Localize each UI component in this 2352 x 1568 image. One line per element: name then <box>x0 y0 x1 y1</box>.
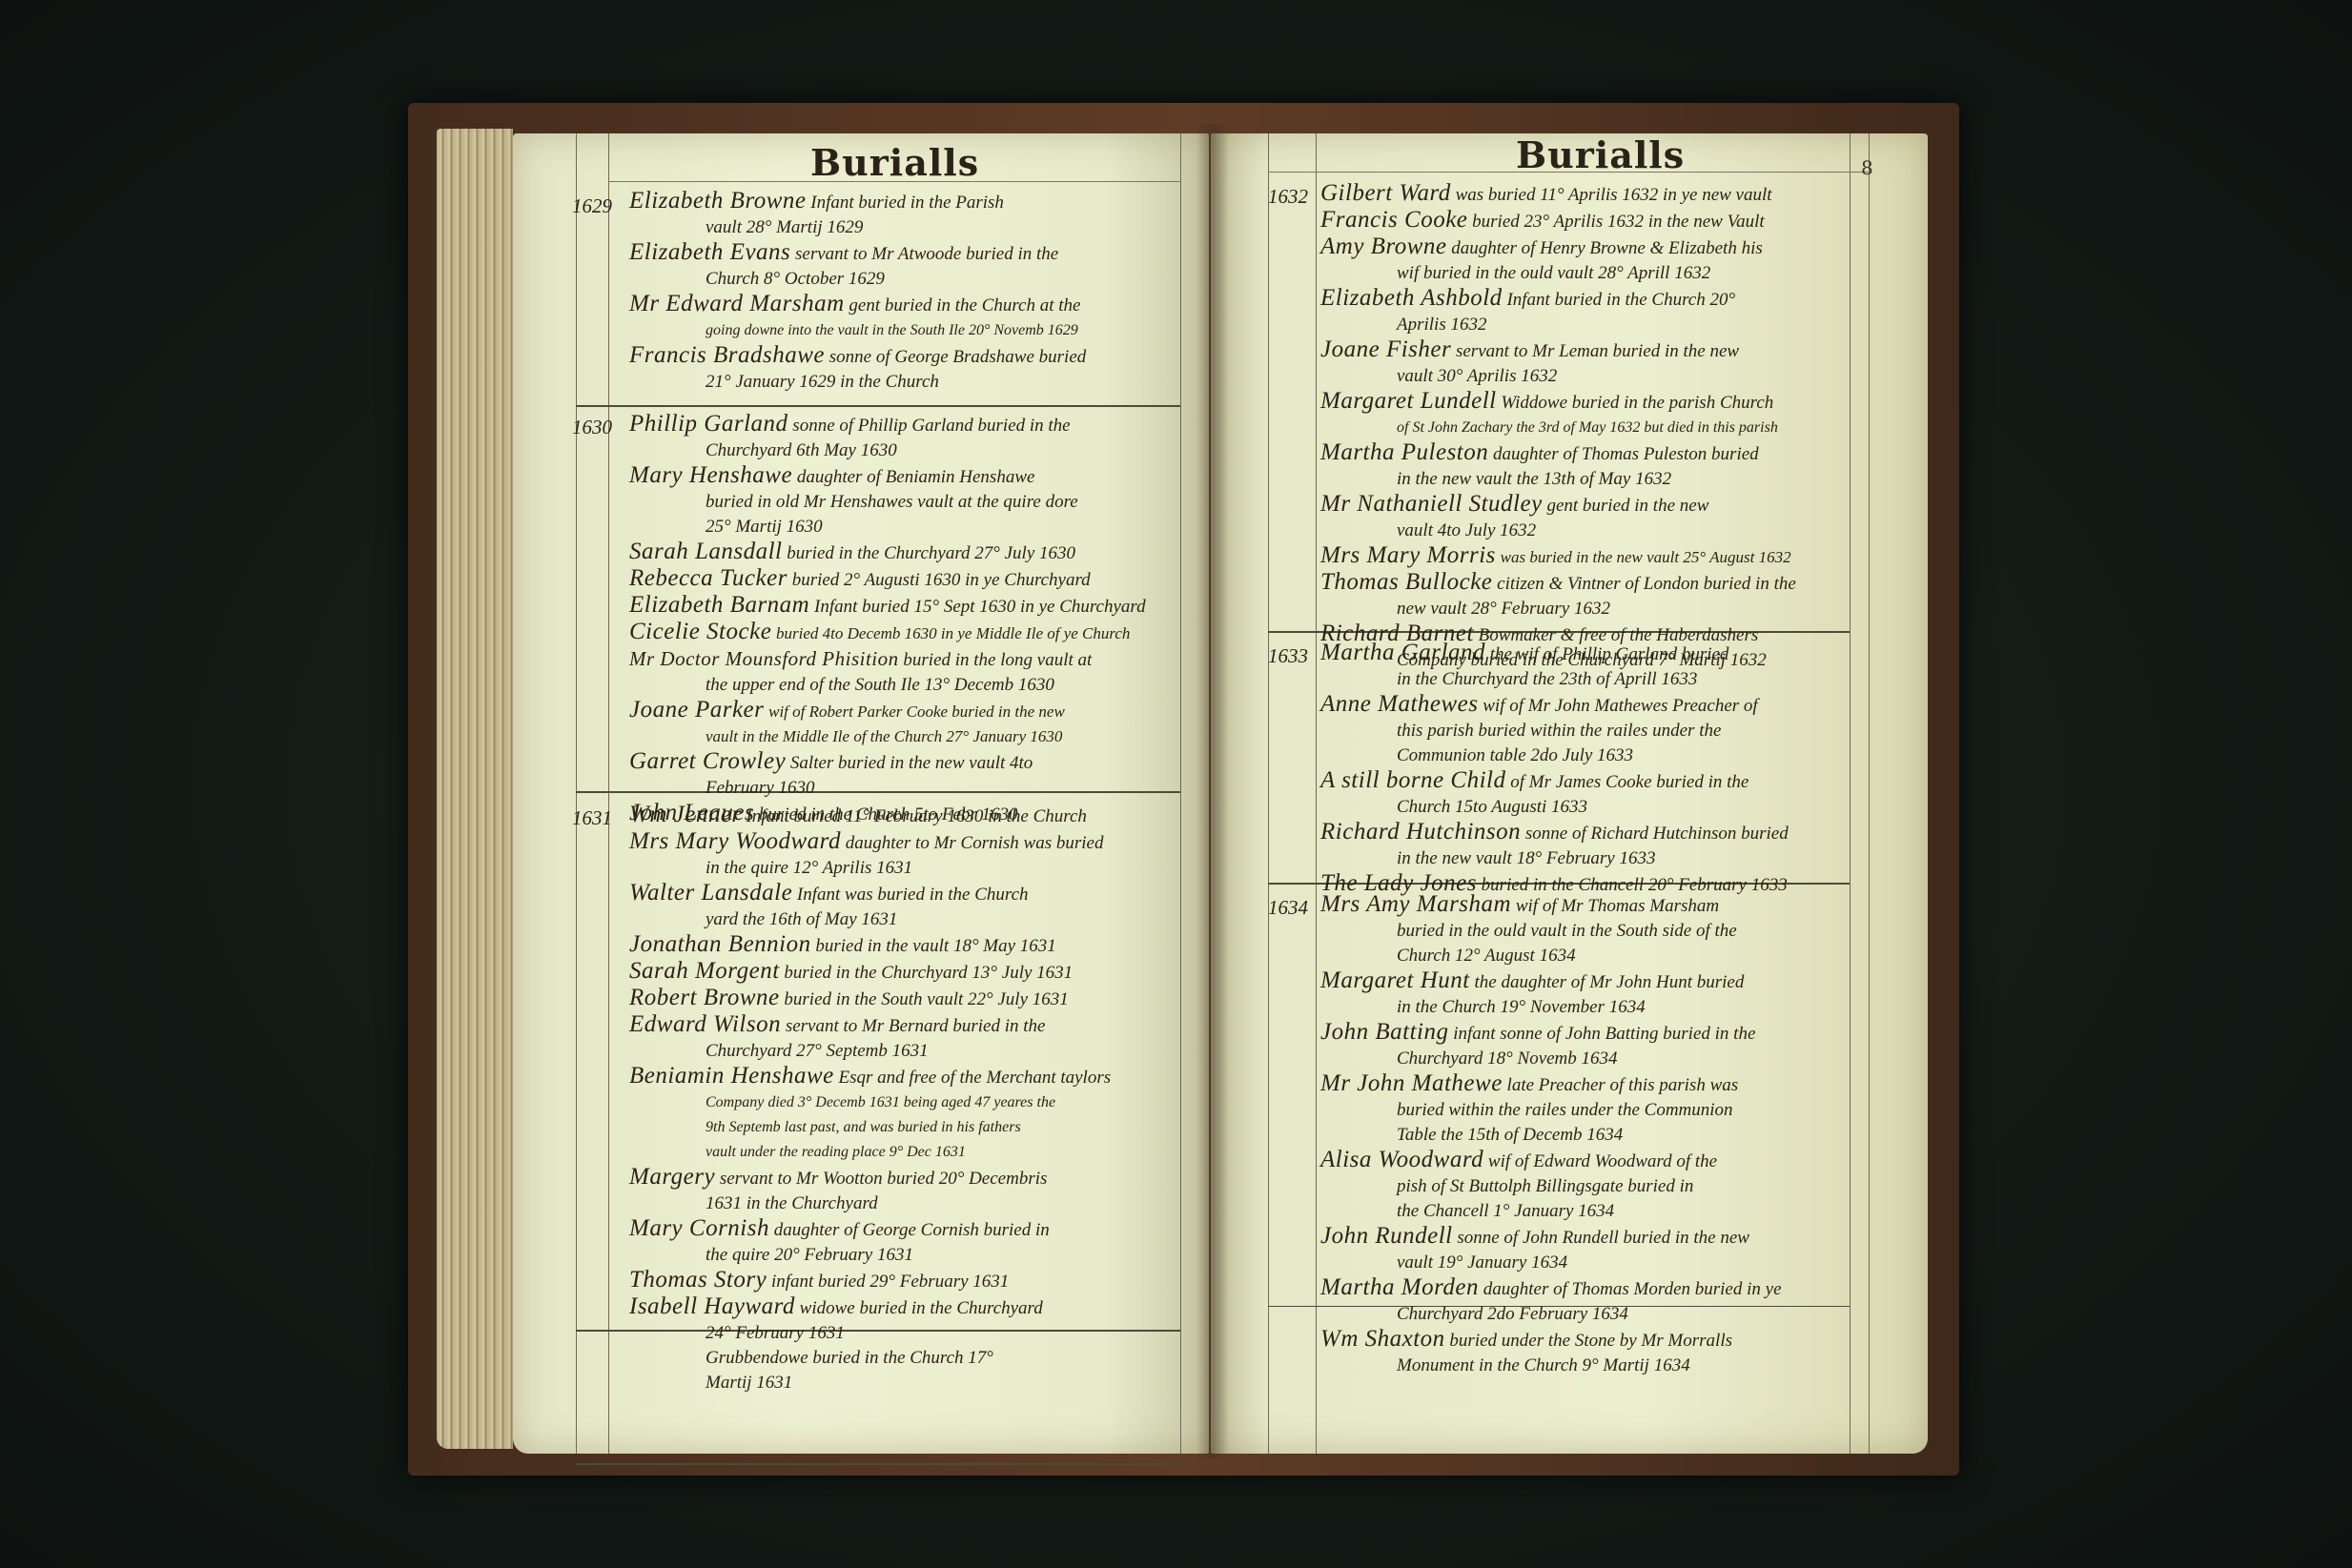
burial-entry: Jonathan Bennion buried in the vault 18°… <box>629 932 1220 959</box>
burial-entry: Elizabeth Ashbold Infant buried in the C… <box>1320 286 1892 337</box>
burial-entry: Mr John Mathewe late Preacher of this pa… <box>1320 1071 1892 1148</box>
burial-entry: Margaret Lundell Widdowe buried in the p… <box>1320 389 1892 440</box>
burial-entry: Elizabeth Evans servant to Mr Atwoode bu… <box>629 240 1220 292</box>
burial-entry: Isabell Hayward widowe buried in the Chu… <box>629 1294 1220 1346</box>
burial-entry: Elizabeth Browne Infant buried in the Pa… <box>629 189 1220 240</box>
burial-entry: Elizabeth Barnam Infant buried 15° Sept … <box>629 593 1220 620</box>
margin-rule <box>1316 133 1317 1454</box>
burial-entry: Mr Doctor Mounsford Phisition buried in … <box>629 646 1220 698</box>
burial-entry: Walter Lansdale Infant was buried in the… <box>629 881 1220 932</box>
burial-entry: Beniamin Henshawe Esqr and free of the M… <box>629 1064 1220 1165</box>
burial-entry: Joane Parker wif of Robert Parker Cooke … <box>629 698 1220 749</box>
burial-entry: Mr Nathaniell Studley gent buried in the… <box>1320 492 1892 543</box>
burial-entry: Amy Browne daughter of Henry Browne & El… <box>1320 234 1892 286</box>
year-label: 1630 <box>572 416 612 439</box>
year-label: 1631 <box>572 806 612 830</box>
section-divider <box>576 1463 1180 1465</box>
burial-entry: A still borne Child of Mr James Cooke bu… <box>1320 768 1892 820</box>
burial-entry: Francis Bradshawe sonne of George Bradsh… <box>629 343 1220 395</box>
margin-rule <box>576 133 577 1454</box>
burial-entry: Mrs Amy Marsham wif of Mr Thomas Marsham… <box>1320 892 1892 968</box>
burial-entry: Sarah Morgent buried in the Churchyard 1… <box>629 959 1220 986</box>
burial-entry: Francis Cooke buried 23° Aprilis 1632 in… <box>1320 208 1892 234</box>
burial-entry: Robert Browne buried in the South vault … <box>629 986 1220 1012</box>
burial-entry: Martha Morden daughter of Thomas Morden … <box>1320 1275 1892 1327</box>
burial-entry: Mary Cornish daughter of George Cornish … <box>629 1216 1220 1268</box>
burial-entry: Grubbendowe buried in the Church 17°Mart… <box>629 1346 1220 1395</box>
year-label: 1632 <box>1268 185 1308 209</box>
page-number: 8 <box>1861 156 1873 179</box>
burial-entry: Gilbert Ward was buried 11° Aprilis 1632… <box>1320 181 1892 208</box>
burial-entry: Margaret Hunt the daughter of Mr John Hu… <box>1320 968 1892 1020</box>
burial-entry: Joane Fisher servant to Mr Leman buried … <box>1320 337 1892 389</box>
burial-entry: Thomas Story infant buried 29° February … <box>629 1268 1220 1294</box>
burial-entry: Mr Edward Marsham gent buried in the Chu… <box>629 292 1220 343</box>
burial-entry: Anne Mathewes wif of Mr John Mathewes Pr… <box>1320 692 1892 768</box>
burial-entry: Thomas Bullocke citizen & Vintner of Lon… <box>1320 570 1892 621</box>
burial-entry: Mary Henshawe daughter of Beniamin Hensh… <box>629 463 1220 540</box>
burial-entry: Margery servant to Mr Wootton buried 20°… <box>629 1165 1220 1216</box>
year-label: 1634 <box>1268 896 1308 920</box>
year-label: 1633 <box>1268 644 1308 668</box>
burial-entry: Garret Crowley Salter buried in the new … <box>629 749 1220 801</box>
burial-entry: John Batting infant sonne of John Battin… <box>1320 1020 1892 1071</box>
burial-entry: Sarah Lansdall buried in the Churchyard … <box>629 540 1220 566</box>
burial-entry: John Rundell sonne of John Rundell burie… <box>1320 1224 1892 1275</box>
burial-entry: Martha Garland the wif of Phillip Garlan… <box>1320 641 1892 692</box>
burial-entry: Edward Wilson servant to Mr Bernard buri… <box>629 1012 1220 1064</box>
page-heading: Burialls <box>810 141 979 184</box>
burial-entry: Wm Shaxton buried under the Stone by Mr … <box>1320 1327 1892 1378</box>
section-divider <box>576 405 1180 407</box>
page-heading: Burialls <box>1516 133 1685 176</box>
margin-rule <box>1268 133 1269 1454</box>
burial-entry: Rebecca Tucker buried 2° Augusti 1630 in… <box>629 566 1220 593</box>
burial-entry: Cicelie Stocke buried 4to Decemb 1630 in… <box>629 620 1220 646</box>
burial-entry: Phillip Garland sonne of Phillip Garland… <box>629 412 1220 463</box>
burial-entry: Wm Jenner Infant buried 11° February 163… <box>629 803 1220 829</box>
burial-entry: Richard Hutchinson sonne of Richard Hutc… <box>1320 820 1892 871</box>
burial-entry: Mrs Mary Morris was buried in the new va… <box>1320 543 1892 570</box>
page-edges <box>437 129 513 1449</box>
burial-entry: Alisa Woodward wif of Edward Woodward of… <box>1320 1148 1892 1224</box>
burial-entry: Mrs Mary Woodward daughter to Mr Cornish… <box>629 829 1220 881</box>
burial-entry: Martha Puleston daughter of Thomas Pules… <box>1320 440 1892 492</box>
year-label: 1629 <box>572 194 612 218</box>
margin-rule <box>608 133 609 1454</box>
